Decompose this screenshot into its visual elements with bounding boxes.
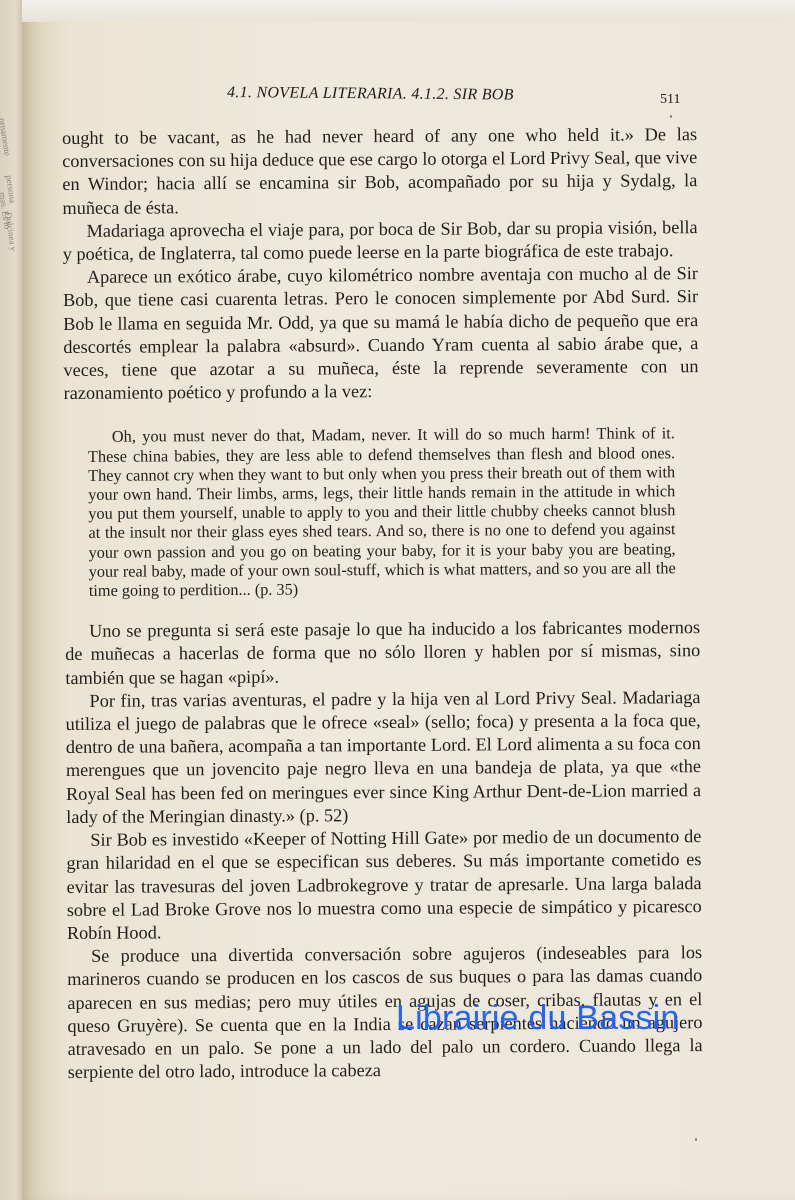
previous-page-edge: ornamente persona mas. Es lo Dulcinea y — [0, 0, 22, 1200]
previous-page-text-fragment: Dulcinea y — [3, 211, 18, 251]
running-head: 4.1. NOVELA LITERARIA. 4.1.2. SIR BOB — [227, 84, 514, 105]
watermark: Librairie du Bassin — [396, 999, 680, 1038]
page-number: 511 — [660, 92, 680, 108]
paragraph: Por fin, tras varias aventuras, el padre… — [65, 686, 701, 829]
paragraph: Uno se pregunta si será este pasaje lo q… — [65, 616, 700, 689]
paper-speck — [670, 115, 672, 118]
paragraph: Madariaga aprovecha el viaje para, por b… — [63, 216, 698, 266]
paragraph: Aparece un exótico árabe, cuyo kilométri… — [63, 262, 699, 405]
page-body: ought to be vacant, as he had never hear… — [62, 123, 703, 1084]
photographed-book-spread: ornamente persona mas. Es lo Dulcinea y … — [0, 0, 795, 1200]
paragraph: Sir Bob es investido «Keeper of Notting … — [66, 825, 702, 945]
paragraph-continuation: ought to be vacant, as he had never hear… — [62, 123, 698, 220]
previous-page-text-fragment: ornamente — [0, 117, 13, 156]
block-quote: Oh, you must never do that, Madam, never… — [88, 424, 676, 600]
paper-speck — [695, 1138, 697, 1141]
